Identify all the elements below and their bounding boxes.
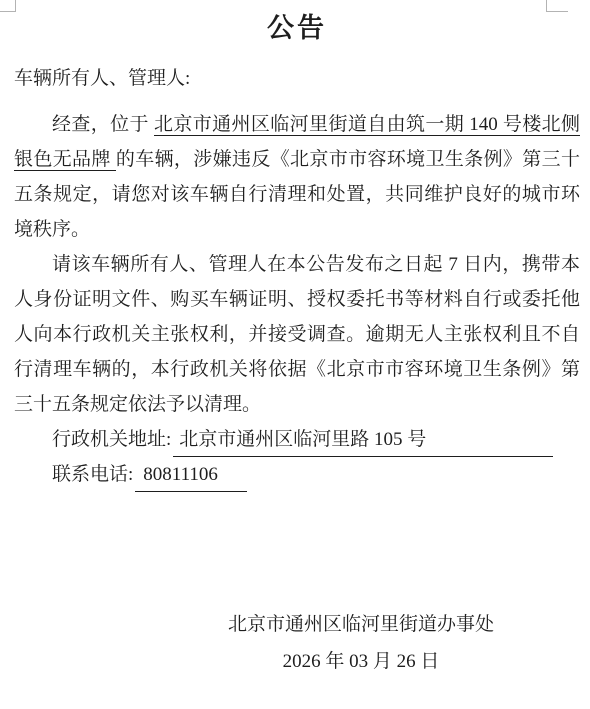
issuer-signature: 北京市通州区临河里街道办事处 [142, 607, 580, 642]
salutation-line: 车辆所有人、管理人: [14, 61, 580, 96]
phone-line: 联系电话:80811106 [14, 457, 580, 492]
address-line: 行政机关地址:北京市通州区临河里路 105 号 [14, 422, 580, 457]
phone-label: 联系电话: [52, 464, 133, 485]
issue-date: 2026 年 03 月 26 日 [142, 644, 580, 679]
paragraph-claim-instructions: 请该车辆所有人、管理人在本公告发布之日起 7 日内，携带本人身份证明文件、购买车… [14, 247, 580, 422]
phone-value: 80811106 [135, 458, 247, 492]
vehicle-finding-prefix: 经查，位于 [52, 114, 154, 135]
notice-title: 公告 [14, 13, 580, 43]
address-label: 行政机关地址: [52, 429, 171, 450]
notice-page: 公告 车辆所有人、管理人: 经查，位于 北京市通州区临河里街道自由筑一期 140… [0, 0, 590, 709]
address-value: 北京市通州区临河里路 105 号 [173, 423, 553, 457]
notice-document: 公告 车辆所有人、管理人: 经查，位于 北京市通州区临河里街道自由筑一期 140… [14, 0, 580, 679]
paragraph-vehicle-finding: 经查，位于 北京市通州区临河里街道自由筑一期 140 号楼北侧银色无品牌 的车辆… [14, 107, 580, 247]
signature-block: 北京市通州区临河里街道办事处 2026 年 03 月 26 日 [142, 607, 580, 679]
